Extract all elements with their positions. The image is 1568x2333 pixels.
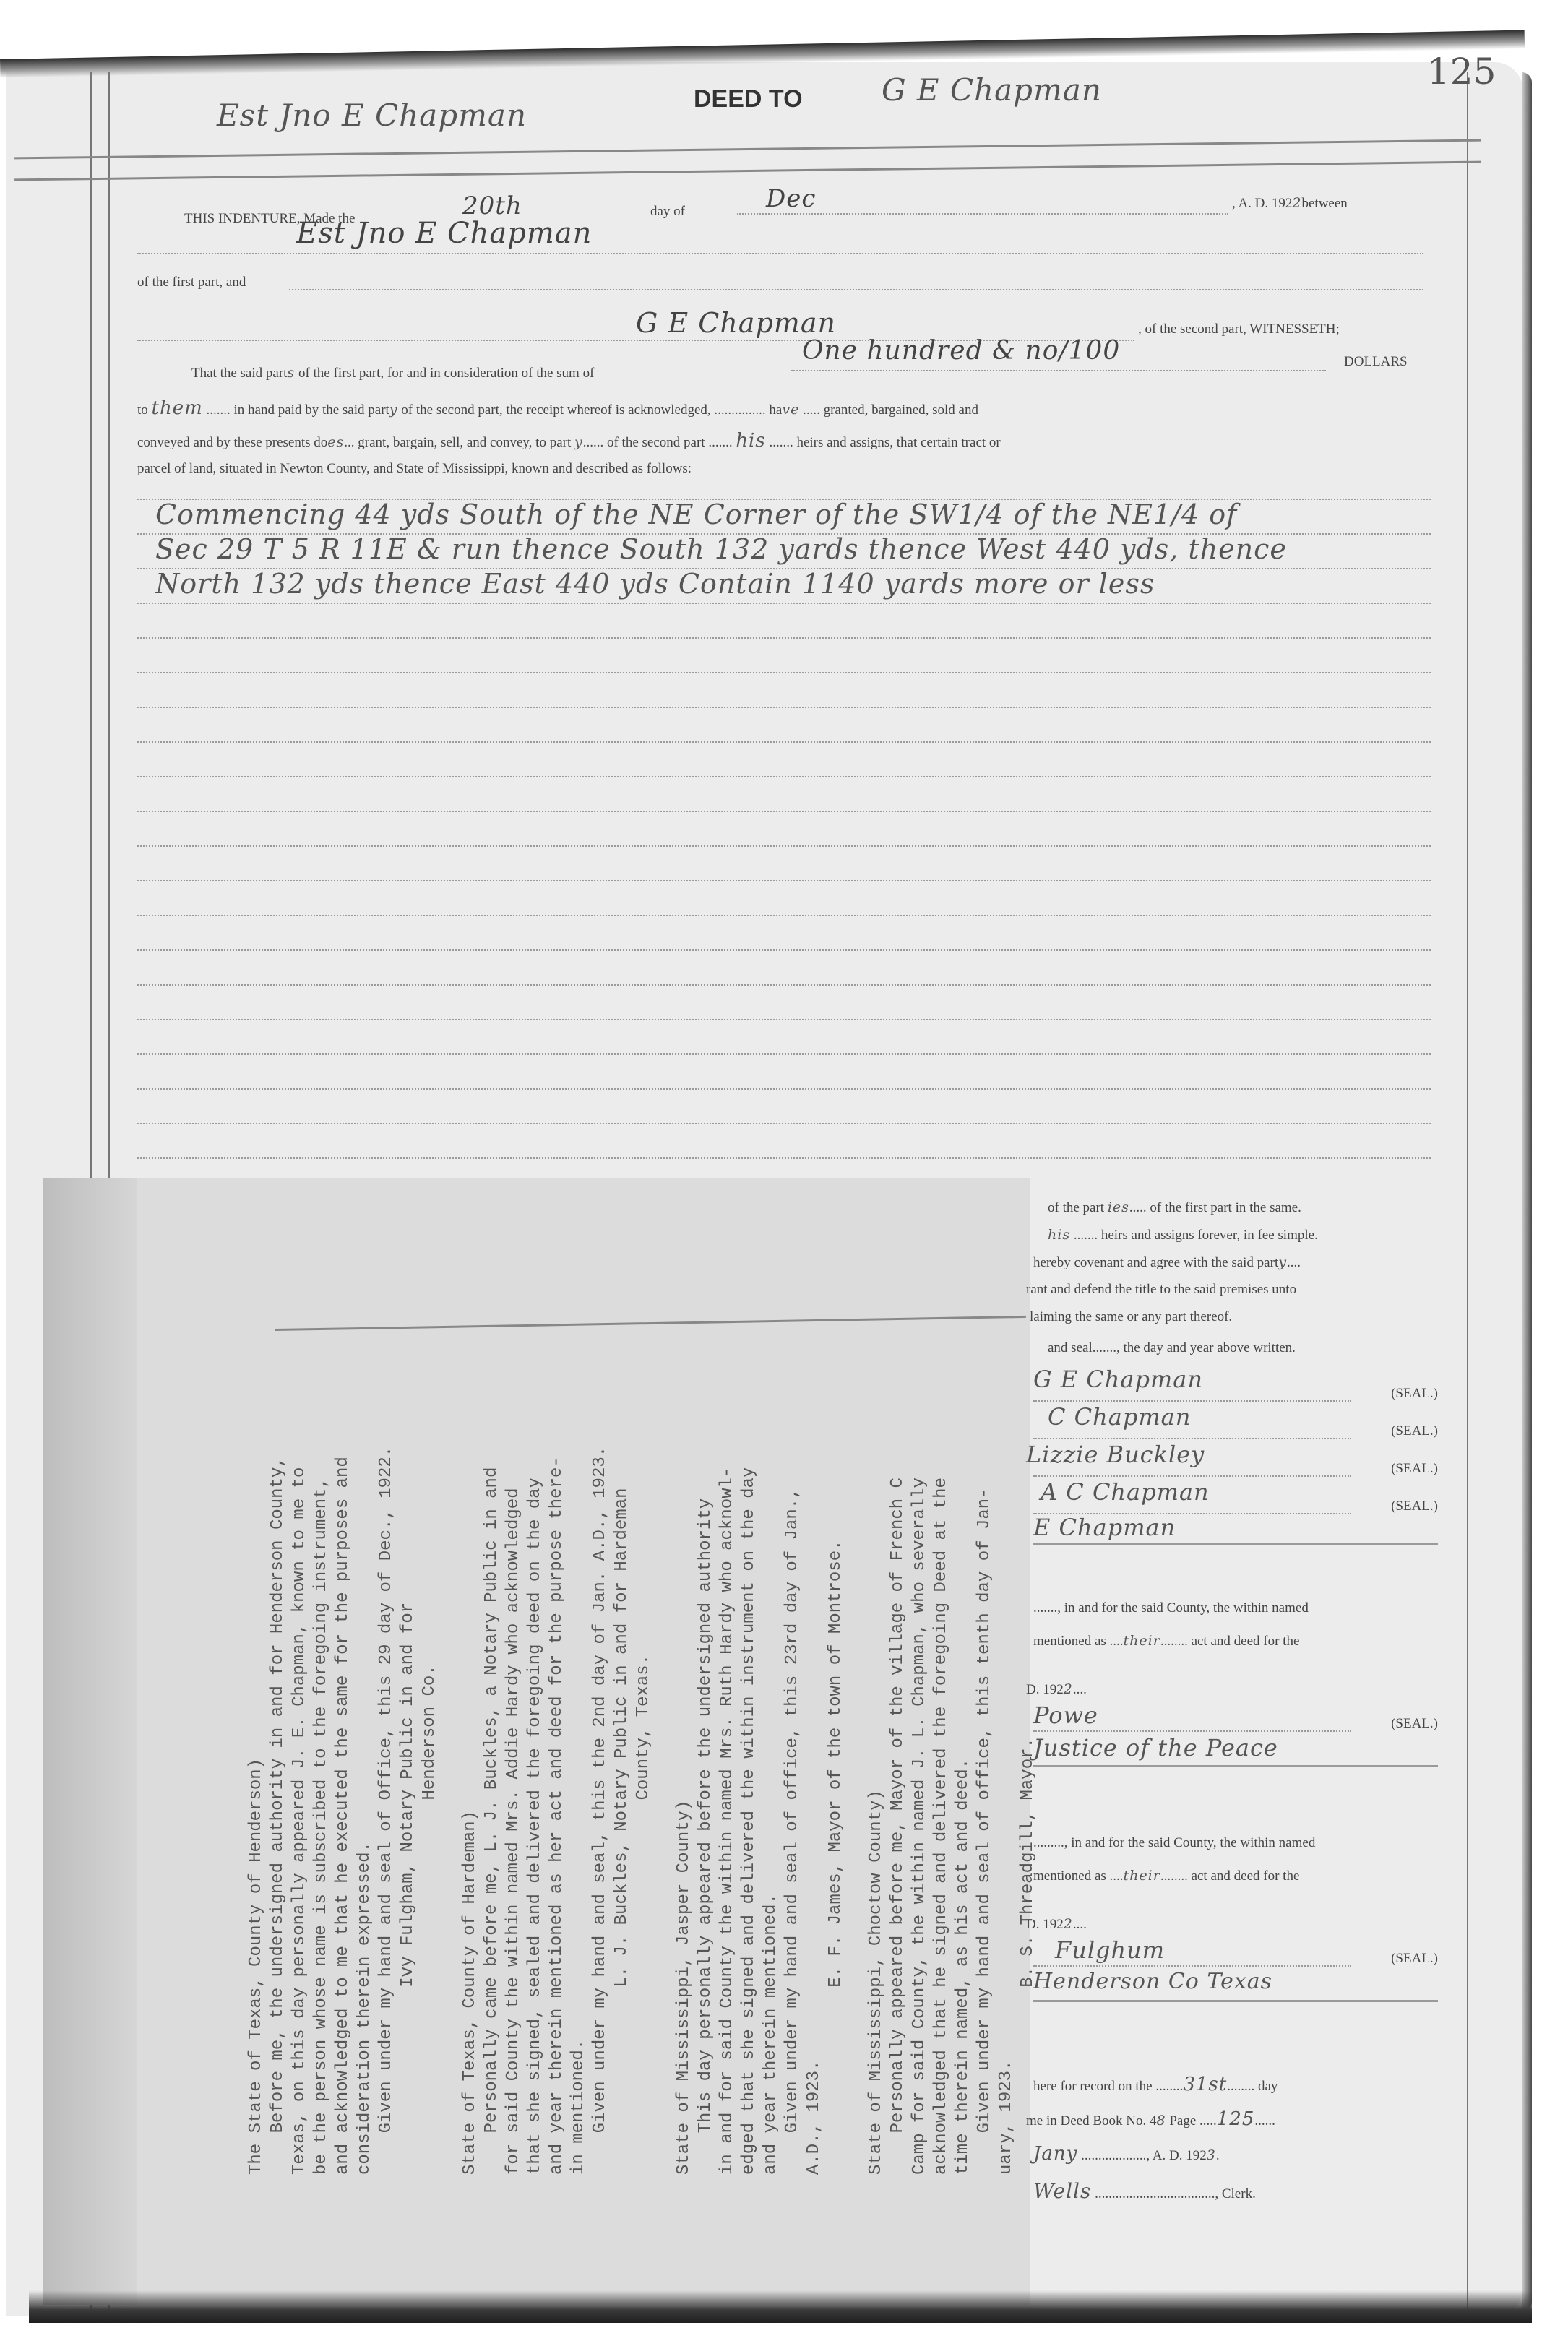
ruled-line <box>137 1019 1431 1020</box>
description-line-1: Commencing 44 yds South of the NE Corner… <box>155 499 1237 530</box>
ruled-line <box>137 1123 1431 1124</box>
ruled-line <box>137 1157 1431 1159</box>
sum-value: One hundred & no/100 <box>802 336 1120 366</box>
first-party-rule <box>137 253 1423 254</box>
filed-line: here for record on the ........31st.....… <box>1033 2074 1278 2095</box>
seal-1: (SEAL.) <box>1391 1386 1438 1402</box>
acknowledgment-1-block: ......., in and for the said County, the… <box>1019 1600 1460 1774</box>
ad-label: , A. D. 1922between <box>1232 195 1348 212</box>
signature-1: G E Chapman <box>1033 1366 1203 1393</box>
first-party-value: Est Jno E Chapman <box>296 217 592 250</box>
covenant-line-2: his ....... heirs and assigns forever, i… <box>1048 1227 1318 1243</box>
covenant-line-4: rant and defend the title to the said pr… <box>1026 1282 1296 1298</box>
ack2-mentioned-line: mentioned as ....their........ act and d… <box>1033 1868 1299 1884</box>
page-right-edge <box>1522 72 1532 2312</box>
ruled-line <box>137 811 1431 812</box>
second-party-value: G E Chapman <box>636 307 836 339</box>
ack1-mentioned-line: mentioned as ....their........ act and d… <box>1033 1633 1299 1650</box>
slip-section-texas-henderson: The State of Texas, County of Henderson)… <box>246 1264 441 2175</box>
slip-section-mississippi-choctow: State of Mississippi, Choctow County) Pe… <box>866 1264 1039 2175</box>
sum-rule <box>791 370 1326 371</box>
seal-3: (SEAL.) <box>1391 1461 1438 1477</box>
slip-section-mississippi-jasper: State of Mississippi, Jasper County) Thi… <box>673 1264 847 2175</box>
signature-2: C Chapman <box>1048 1403 1191 1431</box>
covenant-line-5: laiming the same or any part thereof. <box>1030 1309 1232 1325</box>
right-margin-rule <box>1467 72 1468 2312</box>
seal-4: (SEAL.) <box>1391 1498 1438 1514</box>
covenant-block: of the part ies..... of the first part i… <box>1019 1185 1460 1329</box>
recording-block: here for record on the ........31st.....… <box>1019 2074 1460 2218</box>
ruled-line <box>137 741 1431 743</box>
grantor-header: Est Jno E Chapman <box>217 98 527 133</box>
day-value: 20th <box>462 191 522 220</box>
ruled-line <box>137 776 1431 777</box>
ack2-year: D. 1922.... <box>1026 1916 1087 1933</box>
ack1-officer-signature: Powe <box>1033 1702 1098 1729</box>
month-value: Dec <box>766 184 816 213</box>
first-part-rule <box>289 289 1423 290</box>
ack1-officer-title: Justice of the Peace <box>1033 1734 1278 1761</box>
month-rule <box>737 213 1228 215</box>
signature-5: E Chapman <box>1033 1514 1176 1541</box>
description-line-2: Sec 29 T 5 R 11E & run thence South 132 … <box>155 533 1287 565</box>
slip-fold-shadow <box>43 1178 137 2305</box>
witness-text: and seal......., the day and year above … <box>1048 1340 1296 1356</box>
ruled-line <box>137 949 1431 951</box>
dollars-label: DOLLARS <box>1344 354 1408 370</box>
page-number: 125 <box>1427 51 1496 92</box>
second-part-label: , of the second part, WITNESSETH; <box>1138 322 1340 337</box>
ruled-line <box>137 1053 1431 1055</box>
ack1-year: D. 1922.... <box>1026 1681 1087 1698</box>
ack2-officer-title: Henderson Co Texas <box>1033 1969 1272 1994</box>
ack2-officer-signature: Fulghum <box>1055 1936 1165 1964</box>
seal-2: (SEAL.) <box>1391 1423 1438 1439</box>
book-line: me in Deed Book No. 48 Page .....125....… <box>1026 2108 1275 2130</box>
book-bottom-shadow <box>29 2290 1532 2323</box>
covenant-line-1: of the part ies..... of the first part i… <box>1048 1199 1301 1216</box>
ruled-line <box>137 880 1431 881</box>
consideration-line-2: to them ....... in hand paid by the said… <box>137 397 978 419</box>
deed-title: DEED TO <box>694 85 803 113</box>
first-part-label: of the first part, and <box>137 275 246 290</box>
ack2-county-line: ........., in and for the said County, t… <box>1033 1835 1315 1851</box>
consideration-line-1: That the said parts of the first part, f… <box>191 365 594 381</box>
slip-section-texas-hardeman: State of Texas, County of Hardeman) Pers… <box>460 1264 655 2175</box>
consideration-line-3: conveyed and by these presents does... g… <box>137 430 1001 452</box>
ack1-county-line: ......., in and for the said County, the… <box>1033 1600 1309 1616</box>
ack2-seal: (SEAL.) <box>1391 1951 1438 1967</box>
covenant-line-3: hereby covenant and agree with the said … <box>1033 1254 1301 1271</box>
slip-typed-text: The State of Texas, County of Henderson)… <box>246 1264 1039 2175</box>
day-of-label: day of <box>650 204 685 220</box>
ack1-seal: (SEAL.) <box>1391 1716 1438 1732</box>
description-line-3: North 132 yds thence East 440 yds Contai… <box>155 568 1155 600</box>
ruled-line <box>137 637 1431 639</box>
ruled-line <box>137 707 1431 708</box>
ruled-line <box>137 1088 1431 1090</box>
ruled-line <box>137 672 1431 673</box>
ruled-line <box>137 915 1431 916</box>
ruled-line <box>137 984 1431 986</box>
ruled-line <box>137 845 1431 847</box>
signature-4: A C Chapman <box>1041 1478 1210 1506</box>
consideration-line-4: parcel of land, situated in Newton Count… <box>137 461 692 477</box>
recorded-date-line: Jany ..................., A. D. 1923. <box>1033 2143 1220 2165</box>
clerk-line: Wells ..................................… <box>1033 2179 1256 2203</box>
acknowledgment-2-block: ........., in and for the said County, t… <box>1019 1835 1460 2009</box>
signature-block: G E Chapman (SEAL.) C Chapman (SEAL.) Li… <box>1019 1366 1460 1525</box>
ruled-line <box>137 603 1431 604</box>
grantee-header: G E Chapman <box>882 72 1102 108</box>
signature-3: Lizzie Buckley <box>1026 1441 1205 1468</box>
